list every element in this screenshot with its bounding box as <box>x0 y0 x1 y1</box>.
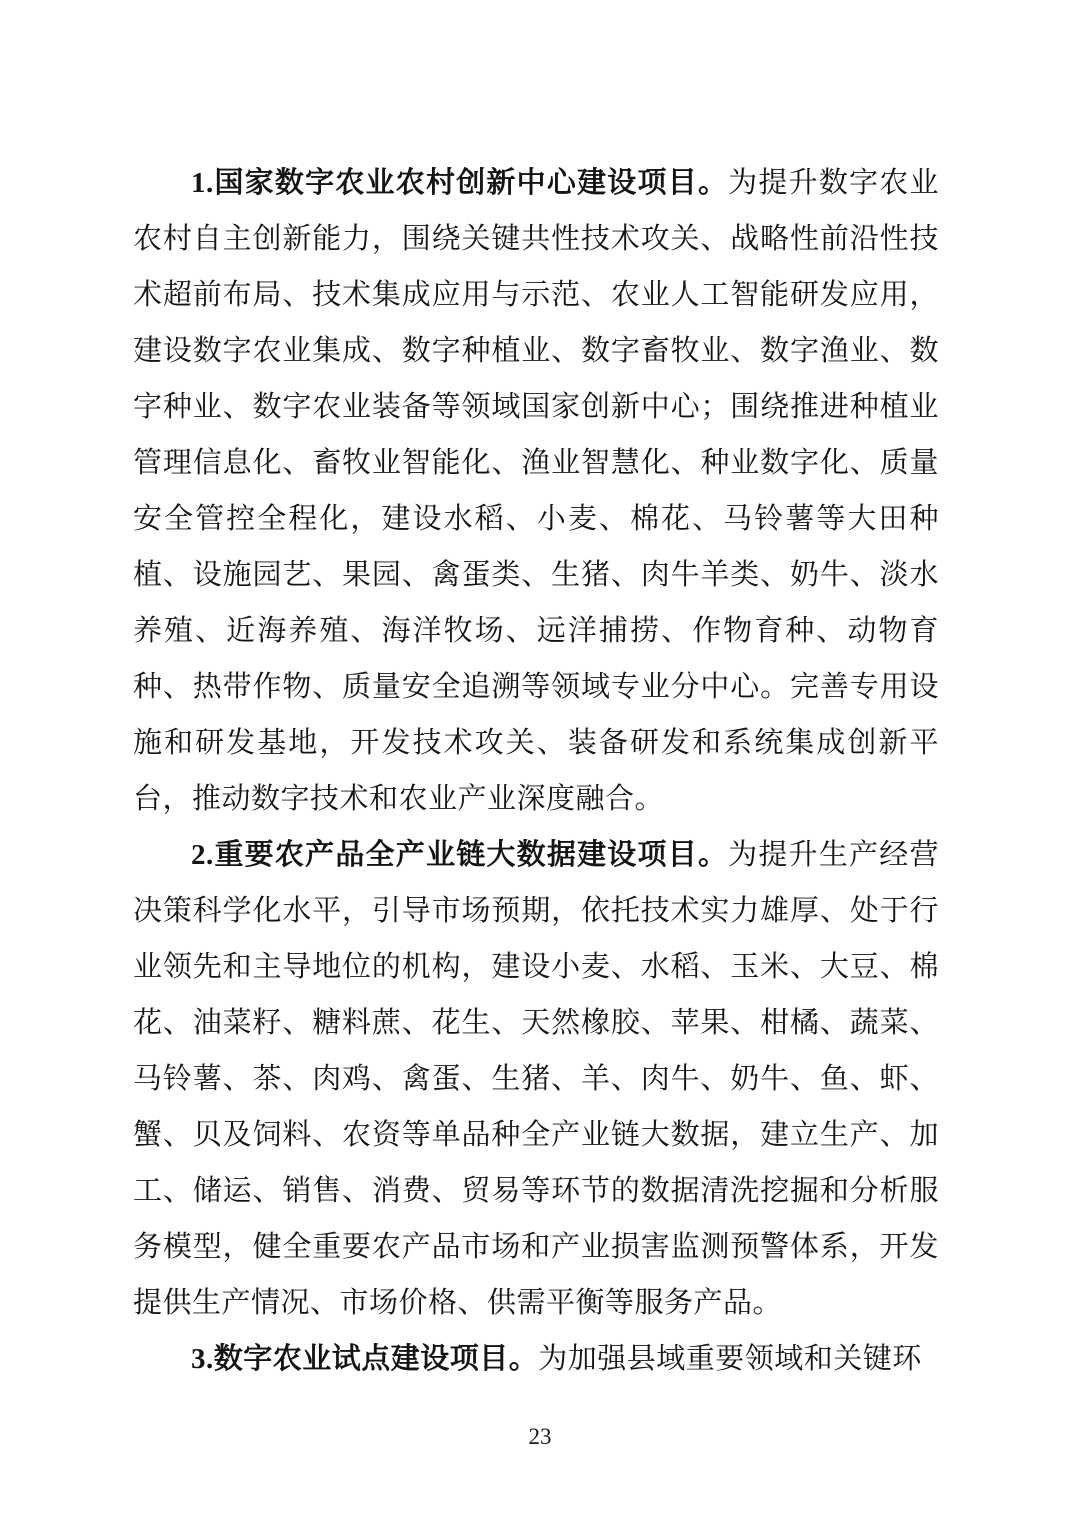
paragraph-2-heading: 2.重要农产品全产业链大数据建设项目。 <box>191 839 728 871</box>
paragraph-3-heading: 3.数字农业试点建设项目。 <box>191 1343 538 1375</box>
document-page: 1.国家数字农业农村创新中心建设项目。为提升数字农业农村自主创新能力，围绕关键共… <box>0 0 1080 1527</box>
document-body: 1.国家数字农业农村创新中心建设项目。为提升数字农业农村自主创新能力，围绕关键共… <box>133 155 939 1387</box>
paragraph-1: 1.国家数字农业农村创新中心建设项目。为提升数字农业农村自主创新能力，围绕关键共… <box>133 155 939 827</box>
paragraph-1-text: 为提升数字农业农村自主创新能力，围绕关键共性技术攻关、战略性前沿性技术超前布局、… <box>133 167 939 815</box>
paragraph-1-heading: 1.国家数字农业农村创新中心建设项目。 <box>191 167 728 199</box>
paragraph-3-text: 为加强县域重要领域和关键环 <box>538 1343 922 1375</box>
page-number: 23 <box>0 1420 1080 1454</box>
paragraph-2-text: 为提升生产经营决策科学化水平，引导市场预期，依托技术实力雄厚、处于行业领先和主导… <box>133 839 939 1319</box>
paragraph-2: 2.重要农产品全产业链大数据建设项目。为提升生产经营决策科学化水平，引导市场预期… <box>133 827 939 1331</box>
paragraph-3: 3.数字农业试点建设项目。为加强县域重要领域和关键环 <box>133 1331 939 1387</box>
